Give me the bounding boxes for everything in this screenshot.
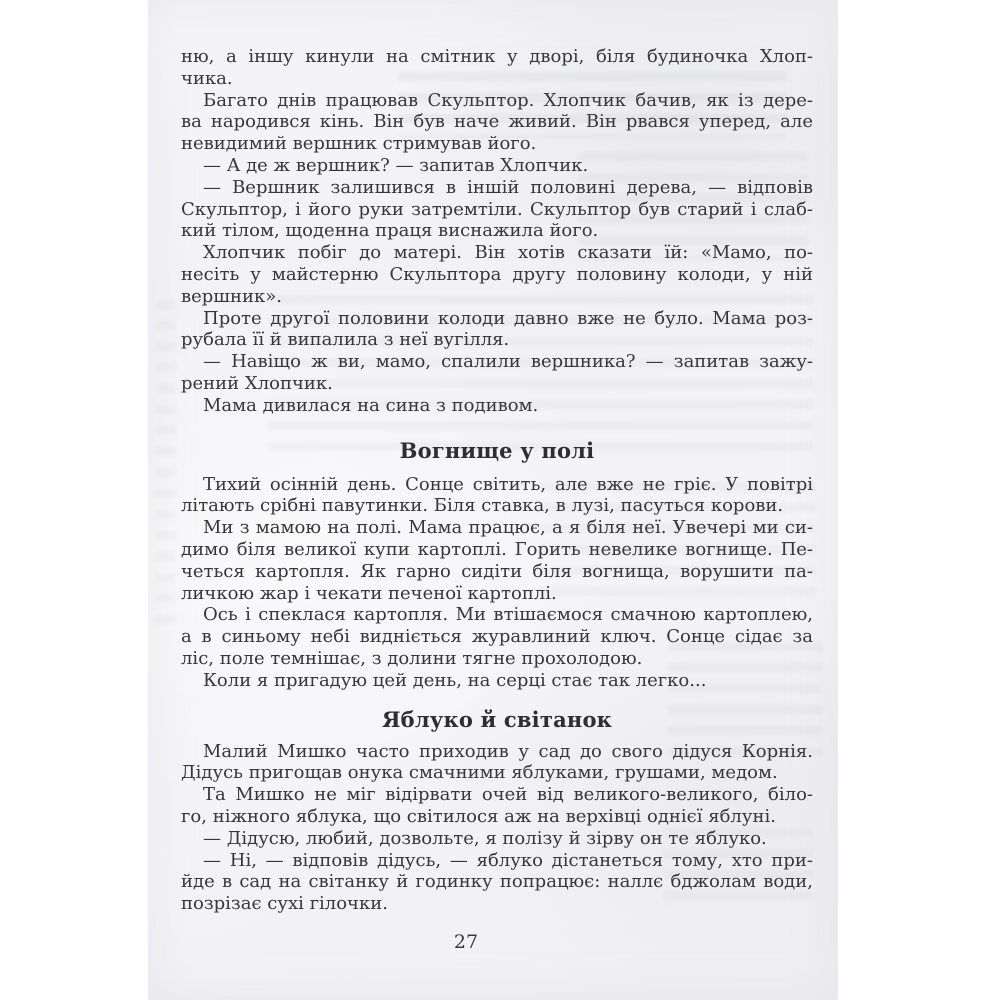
paragraph: Багато днів працював Скульптор. Хлопчик … — [181, 90, 813, 155]
text-line: личкою жар і чекати печеної картоплі. — [181, 583, 813, 605]
paragraph: ню, а іншу кинули на смітник у дворі, бі… — [181, 46, 813, 90]
text-line: ню, а іншу кинули на смітник у дворі, бі… — [181, 46, 813, 68]
section-heading: Вогнище у полі — [181, 437, 813, 464]
text-line: — Навіщо ж ви, мамо, спалили вершника? —… — [181, 351, 813, 373]
text-line: невидимий вершник стримував його. — [181, 133, 813, 155]
paragraph: Проте другої половини колоди давно вже н… — [181, 308, 813, 352]
text-line: димо біля великої купи картоплі. Горить … — [181, 539, 813, 561]
paragraph: Хлопчик побіг до матері. Він хотів сказа… — [181, 242, 813, 307]
paragraph: — Дідусю, любий, дозвольте, я полізу й з… — [181, 828, 813, 850]
text-line: Хлопчик побіг до матері. Він хотів сказа… — [181, 242, 813, 264]
text-line: вершник». — [181, 286, 813, 308]
paragraph: Ось і спеклася картопля. Ми втішаємося с… — [181, 604, 813, 669]
text-line: Малий Мишко часто приходив у сад до свог… — [181, 741, 813, 763]
scanned-document-view: ню, а іншу кинули на смітник у дворі, бі… — [0, 0, 1000, 1000]
text-line: йде в сад на світанку й годинку попрацює… — [181, 871, 813, 893]
text-line: Коли я пригадую цей день, на серці стає … — [181, 670, 813, 692]
text-line: Та Мишко не міг відірвати очей від велик… — [181, 784, 813, 806]
text-line: Проте другої половини колоди давно вже н… — [181, 308, 813, 330]
text-line: Тихий осінній день. Сонце світить, але в… — [181, 474, 813, 496]
paragraph: — Вершник залишився в іншій половині дер… — [181, 177, 813, 242]
text-line: а в синьому небі видніється журавлиний к… — [181, 626, 813, 648]
paragraph: Тихий осінній день. Сонце світить, але в… — [181, 474, 813, 518]
text-line: го, ніжного яблука, що світилося аж на в… — [181, 806, 813, 828]
section-heading: Яблуко й світанок — [181, 706, 813, 733]
paragraph: Коли я пригадую цей день, на серці стає … — [181, 670, 813, 692]
paragraph: — Навіщо ж ви, мамо, спалили вершника? —… — [181, 351, 813, 395]
text-line: несіть у майстерню Скульптора другу поло… — [181, 264, 813, 286]
text-line: позрізає сухі гілочки. — [181, 893, 813, 915]
text-line: кий тілом, щоденна праця виснажила його. — [181, 220, 813, 242]
text-line: рений Хлопчик. — [181, 373, 813, 395]
paragraph: Малий Мишко часто приходив у сад до свог… — [181, 741, 813, 785]
text-line: чика. — [181, 68, 813, 90]
paragraph: Та Мишко не міг відірвати очей від велик… — [181, 784, 813, 828]
text-line: — А де ж вершник? — запитав Хлопчик. — [181, 155, 813, 177]
text-line: Скульптор, і його руки затремтіли. Скуль… — [181, 199, 813, 221]
page-number: 27 — [148, 930, 784, 954]
text-line: — Вершник залишився в іншій половині дер… — [181, 177, 813, 199]
text-line: — Ні, — відповів дідусь, — яблуко дістан… — [181, 850, 813, 872]
text-line: ва народився кінь. Він був наче живий. В… — [181, 111, 813, 133]
paragraph: — А де ж вершник? — запитав Хлопчик. — [181, 155, 813, 177]
text-line: ліс, поле темнішає, з долини тягне прохо… — [181, 648, 813, 670]
paragraph: Ми з мамою на полі. Мама працює, а я біл… — [181, 517, 813, 604]
paragraph: — Ні, — відповів дідусь, — яблуко дістан… — [181, 850, 813, 915]
text-line: рубала її й випалила з неї вугілля. — [181, 329, 813, 351]
text-line: літають срібні павутинки. Біля ставка, в… — [181, 495, 813, 517]
text-line: Ми з мамою на полі. Мама працює, а я біл… — [181, 517, 813, 539]
book-page: ню, а іншу кинули на смітник у дворі, бі… — [148, 0, 838, 1000]
text-line: — Дідусю, любий, дозвольте, я полізу й з… — [181, 828, 813, 850]
paragraph: Мама дивилася на сина з подивом. — [181, 395, 813, 417]
text-line: Дідусь пригощав онука смачними яблуками,… — [181, 762, 813, 784]
bleedthrough-artifact — [156, 300, 176, 630]
text-line: Мама дивилася на сина з подивом. — [181, 395, 813, 417]
text-line: Ось і спеклася картопля. Ми втішаємося с… — [181, 604, 813, 626]
text-line: Багато днів працював Скульптор. Хлопчик … — [181, 90, 813, 112]
text-line: четься картопля. Як гарно сидіти біля во… — [181, 561, 813, 583]
page-content: ню, а іншу кинули на смітник у дворі, бі… — [181, 46, 813, 915]
